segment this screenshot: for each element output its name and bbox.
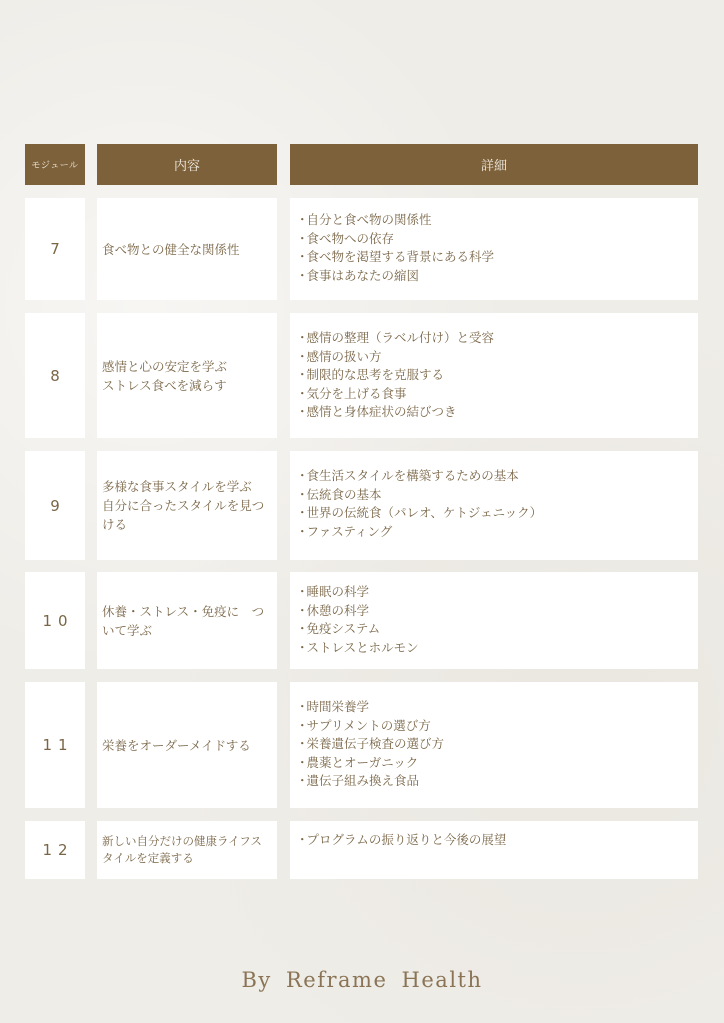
module-number-text: 7 [50,240,66,258]
detail-item: 感情と身体症状の結びつき [296,403,690,422]
detail-item: 感情の扱い方 [296,348,690,367]
detail-item: 農薬とオーガニック [296,754,690,773]
detail-item: ファスティング [296,523,690,542]
content-line: 多様な食事スタイルを学ぶ [102,477,264,496]
module-number-text: 12 [42,841,73,859]
module-details: 感情の整理（ラベル付け）と受容 感情の扱い方 制限的な思考を克服する 気分を上げ… [290,313,698,438]
header-details-label: 詳細 [481,155,507,174]
detail-item: 睡眠の科学 [296,583,690,602]
detail-item: 時間栄養学 [296,698,690,717]
module-details: プログラムの振り返りと今後の展望 [290,821,698,879]
detail-item: 栄養遺伝子検査の選び方 [296,735,690,754]
detail-item: 食べ物への依存 [296,230,690,249]
module-content: 多様な食事スタイルを学ぶ 自分に合ったスタイルを見つ ける [97,451,277,560]
module-number-text: 11 [42,736,73,754]
content-line: 自分に合ったスタイルを見つ [102,496,264,515]
detail-item: 遺伝子組み換え食品 [296,772,690,791]
detail-item: 伝統食の基本 [296,486,690,505]
content-line: ける [102,515,264,534]
detail-item: 自分と食べ物の関係性 [296,211,690,230]
detail-item: 食生活スタイルを構築するための基本 [296,467,690,486]
header-module: モジュール [25,144,85,185]
content-line: 感情と心の安定を学ぶ [102,357,227,376]
header-details: 詳細 [290,144,698,185]
detail-item: 食事はあなたの縮図 [296,267,690,286]
detail-item: 感情の整理（ラベル付け）と受容 [296,329,690,348]
detail-item: ストレスとホルモン [296,639,690,658]
header-module-label: モジュール [31,158,78,171]
module-content: 栄養をオーダーメイドする [97,682,277,808]
module-content: 休養・ストレス・免疫に つ いて学ぶ [97,572,277,669]
module-details: 時間栄養学 サプリメントの選び方 栄養遺伝子検査の選び方 農薬とオーガニック 遺… [290,682,698,808]
module-number: 8 [25,313,85,438]
header-content-label: 内容 [174,155,200,174]
content-line: タイルを定義する [102,850,262,867]
module-details: 食生活スタイルを構築するための基本 伝統食の基本 世界の伝統食（パレオ、ケトジェ… [290,451,698,560]
detail-item: 免疫システム [296,620,690,639]
module-content: 新しい自分だけの健康ライフス タイルを定義する [97,821,277,879]
footer-brand: By Reframe Health [0,968,724,992]
module-number: 11 [25,682,85,808]
content-line: ストレス食べを減らす [102,376,227,395]
module-number-text: 8 [50,367,66,385]
detail-item: 休憩の科学 [296,602,690,621]
detail-item: サプリメントの選び方 [296,717,690,736]
header-content: 内容 [97,144,277,185]
detail-item: プログラムの振り返りと今後の展望 [296,831,690,850]
module-number: 9 [25,451,85,560]
module-number: 7 [25,198,85,300]
module-details: 自分と食べ物の関係性 食べ物への依存 食べ物を渇望する背景にある科学 食事はあな… [290,198,698,300]
module-number-text: 10 [42,612,73,630]
content-line: 新しい自分だけの健康ライフス [102,833,262,850]
module-number: 10 [25,572,85,669]
module-number-text: 9 [50,497,66,515]
content-line: いて学ぶ [102,621,264,640]
content-line: 栄養をオーダーメイドする [102,736,251,755]
detail-item: 食べ物を渇望する背景にある科学 [296,248,690,267]
detail-item: 世界の伝統食（パレオ、ケトジェニック） [296,504,690,523]
module-content: 感情と心の安定を学ぶ ストレス食べを減らす [97,313,277,438]
detail-item: 制限的な思考を克服する [296,366,690,385]
module-number: 12 [25,821,85,879]
content-line: 食べ物との健全な関係性 [102,240,240,259]
module-details: 睡眠の科学 休憩の科学 免疫システム ストレスとホルモン [290,572,698,669]
detail-item: 気分を上げる食事 [296,385,690,404]
module-content: 食べ物との健全な関係性 [97,198,277,300]
content-line: 休養・ストレス・免疫に つ [102,602,264,621]
